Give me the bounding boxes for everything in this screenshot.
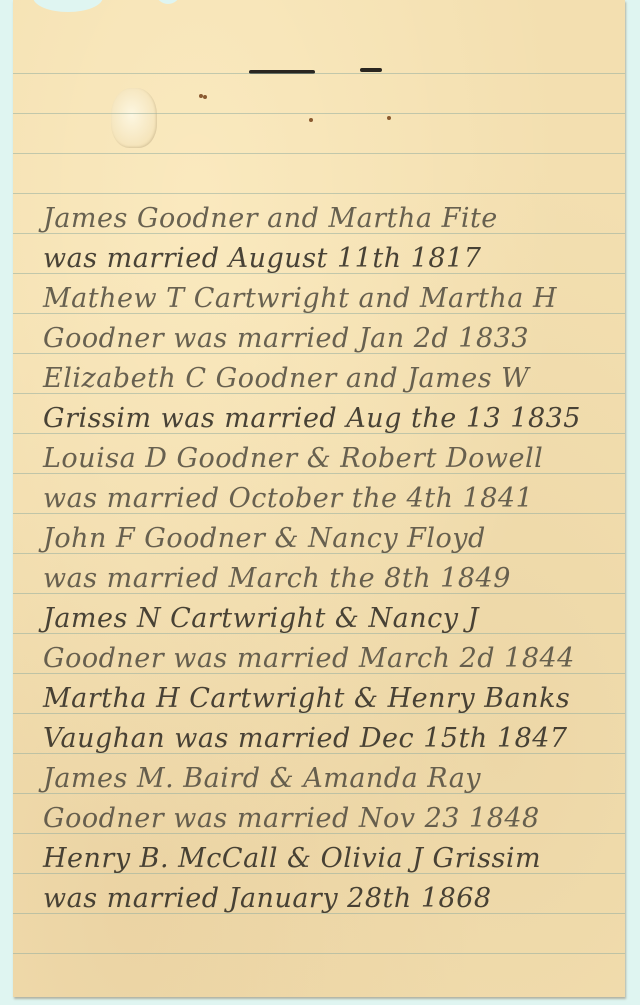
- paper-notch: [156, 0, 180, 4]
- record-line: was married October the 4th 1841: [43, 484, 533, 514]
- record-line: Mathew T Cartwright and Martha H: [43, 284, 557, 314]
- record-line: Vaughan was married Dec 15th 1847: [43, 724, 568, 754]
- record-line: Goodner was married Jan 2d 1833: [43, 324, 529, 354]
- record-line: Elizabeth C Goodner and James W: [43, 364, 529, 394]
- ruled-line: [13, 113, 625, 114]
- staple-icon: [360, 68, 382, 72]
- rust-spot: [203, 95, 207, 99]
- record-line: James Goodner and Martha Fite: [43, 204, 498, 234]
- ruled-line: [13, 73, 625, 74]
- record-line: was married August 11th 1817: [43, 244, 481, 274]
- ruled-line: [13, 153, 625, 154]
- record-line: James M. Baird & Amanda Ray: [43, 764, 481, 794]
- rust-spot: [309, 118, 313, 122]
- record-line: Grissim was married Aug the 13 1835: [43, 404, 581, 434]
- record-line: was married January 28th 1868: [43, 884, 492, 914]
- rust-spot: [387, 116, 391, 120]
- ruled-line: [13, 193, 625, 194]
- rust-spot: [199, 94, 203, 98]
- record-line: was married March the 8th 1849: [43, 564, 511, 594]
- record-line: James N Cartwright & Nancy J: [43, 604, 479, 634]
- document-page: James Goodner and Martha Fite was marrie…: [13, 0, 625, 997]
- record-line: Henry B. McCall & Olivia J Grissim: [43, 844, 541, 874]
- record-line: Louisa D Goodner & Robert Dowell: [43, 444, 543, 474]
- paper-notch: [33, 0, 103, 12]
- record-line: Goodner was married Nov 23 1848: [43, 804, 540, 834]
- embossed-seal: [111, 88, 157, 148]
- record-line: Goodner was married March 2d 1844: [43, 644, 575, 674]
- record-line: John F Goodner & Nancy Floyd: [43, 524, 486, 554]
- record-line: Martha H Cartwright & Henry Banks: [43, 684, 570, 714]
- ruled-line: [13, 953, 625, 954]
